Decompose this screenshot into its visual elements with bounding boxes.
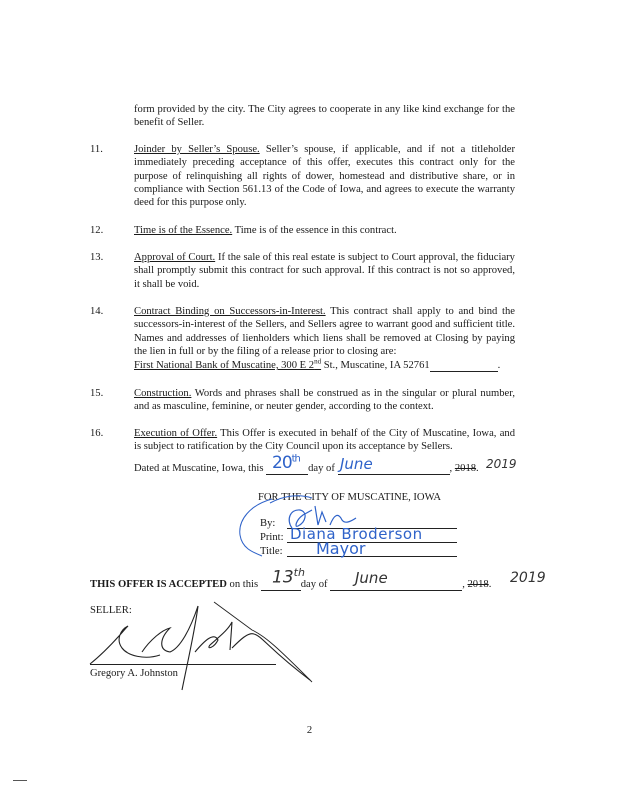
scan-mark [13,780,27,781]
page-number: 2 [0,724,619,737]
seller-signature [0,0,619,800]
